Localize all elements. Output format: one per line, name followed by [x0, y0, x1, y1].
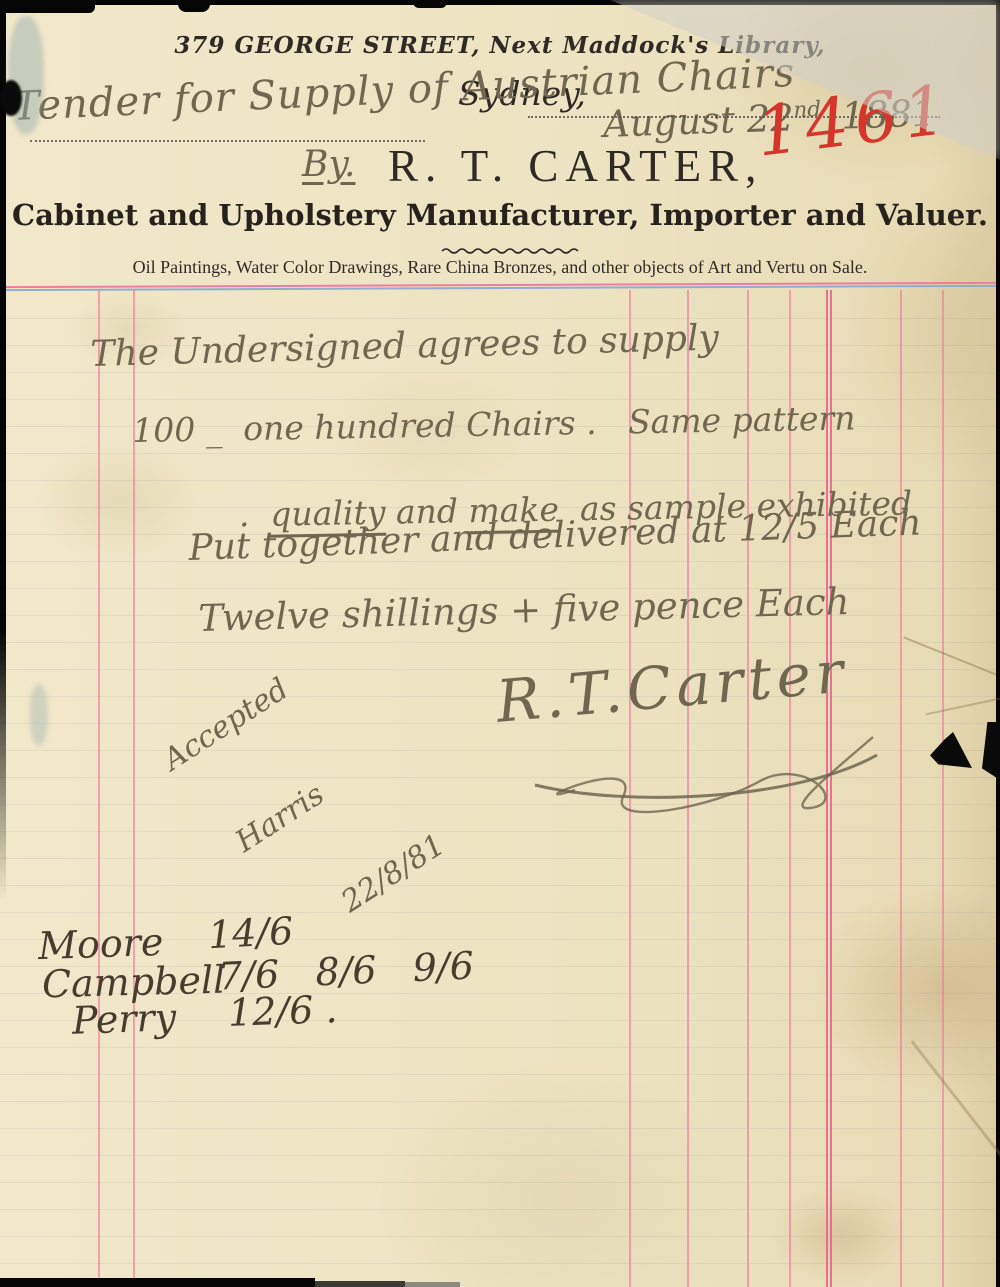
ink-smudge [30, 685, 48, 745]
acceptance-line-2: Harris [229, 737, 393, 861]
ink-smudge [8, 16, 44, 134]
signature-flourish-icon [505, 715, 905, 815]
ledger-column-line [942, 290, 944, 1287]
scan-edge-left [0, 0, 6, 900]
subject-rule [30, 140, 425, 142]
scan-edge-right [996, 0, 1000, 1287]
acceptance-line-3: 22/8/81 [335, 827, 452, 920]
note-row-values: 14/6 [207, 912, 294, 956]
acceptance-line-1: Accepted [157, 646, 334, 778]
scan-edge-bottom [315, 1281, 405, 1287]
by-label: By. [302, 146, 355, 184]
ink-blot [0, 80, 22, 116]
note-row-values: 12/6 . [227, 990, 338, 1034]
scanned-document: 379 GEORGE STREET, Next Maddock's Librar… [0, 0, 1000, 1287]
services-line: Oil Paintings, Water Color Drawings, Rar… [0, 257, 1000, 278]
scan-edge-bottom [0, 1278, 315, 1287]
scan-edge-top-blob [178, 0, 210, 12]
note-row-name: Perry [71, 998, 176, 1042]
ledger-column-line [98, 290, 100, 1287]
tagline: Cabinet and Upholstery Manufacturer, Imp… [0, 198, 1000, 232]
divider-squiggle-icon [440, 246, 590, 256]
company-name: R. T. CARTER, [388, 140, 763, 192]
scan-edge-top-blob [413, 0, 447, 8]
scan-edge-top-blob [0, 0, 95, 13]
scan-edge-bottom [405, 1282, 460, 1287]
